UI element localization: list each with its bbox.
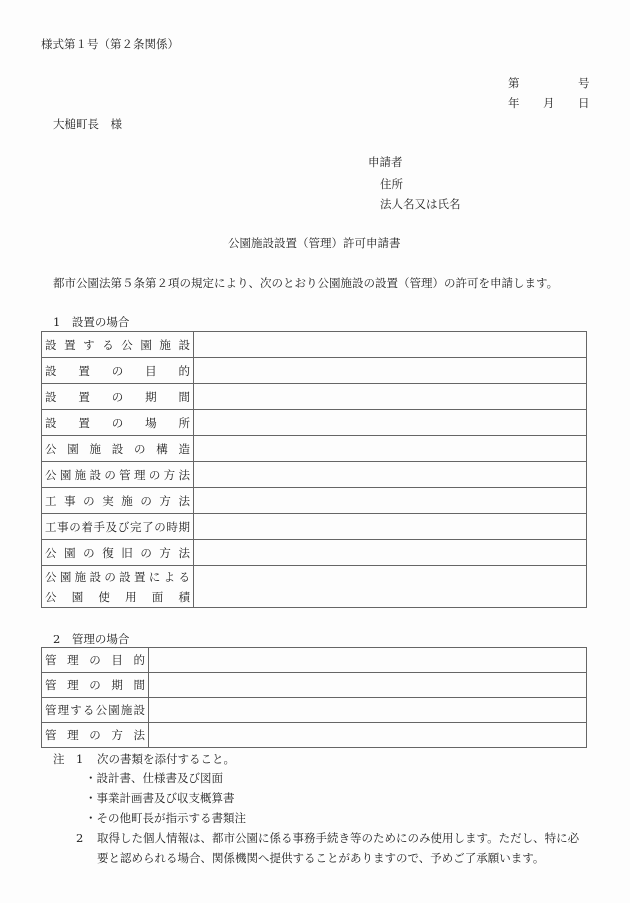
- row-value-field[interactable]: [149, 648, 587, 673]
- row-value-field[interactable]: [194, 358, 587, 384]
- note-bullet: ・事業計画書及び収支概算書: [85, 793, 235, 805]
- row-label: 設置の場所: [42, 410, 194, 436]
- row-value-field[interactable]: [194, 410, 587, 436]
- row-label: 管理の方法: [42, 723, 149, 748]
- row-value-field[interactable]: [194, 488, 587, 514]
- notes-prefix: 注: [53, 754, 65, 766]
- intro-text: 都市公園法第５条第２項の規定により、次のとおり公園施設の設置（管理）の許可を申請…: [53, 278, 558, 290]
- row-value-field[interactable]: [194, 436, 587, 462]
- section1-heading: 1 設置の場合: [53, 317, 129, 329]
- row-label: 管理の目的: [42, 648, 149, 673]
- table-row: 公園の復旧の方法: [42, 540, 587, 566]
- date-year: 年: [508, 98, 520, 110]
- note-bullet: ・設計書、仕様書及び図面: [85, 773, 223, 785]
- table-row: 設置の期間: [42, 384, 587, 410]
- row-label-line2: 公園使用面積: [45, 587, 190, 607]
- doc-number-prefix: 第: [508, 78, 520, 90]
- document-title: 公園施設設置（管理）許可申請書: [228, 238, 401, 250]
- row-value-field[interactable]: [194, 566, 587, 608]
- date-month: 月: [543, 98, 555, 110]
- applicant-address-label: 住所: [380, 179, 403, 191]
- section1-table: 設置する公園施設 設置の目的 設置の期間 設置の場所 公園施設の構造 公園施設の…: [41, 331, 587, 608]
- row-label: 公園の復旧の方法: [42, 540, 194, 566]
- table-row: 公園施設の管理の方法: [42, 462, 587, 488]
- row-value-field[interactable]: [194, 384, 587, 410]
- note2-line1: 取得した個人情報は、都市公園に係る事務手続き等のためにのみ使用します。ただし、特…: [97, 833, 579, 845]
- note1-text: 次の書類を添付すること。: [97, 754, 235, 766]
- row-value-field[interactable]: [194, 462, 587, 488]
- table-row: 管理の期間: [42, 673, 587, 698]
- row-label-line1: 公園施設の設置による: [45, 567, 190, 587]
- row-value-field[interactable]: [149, 673, 587, 698]
- row-value-field[interactable]: [194, 514, 587, 540]
- row-label: 管理の期間: [42, 673, 149, 698]
- section2-heading: 2 管理の場合: [53, 634, 129, 646]
- doc-number-suffix: 号: [578, 78, 590, 90]
- row-value-field[interactable]: [149, 698, 587, 723]
- note2-line2: 要と認められる場合、関係機関へ提供することがありますので、予めご了承願います。: [97, 853, 544, 865]
- applicant-label: 申請者: [368, 157, 403, 169]
- row-value-field[interactable]: [194, 332, 587, 358]
- row-label: 公園施設の管理の方法: [42, 462, 194, 488]
- note2-number: 2: [76, 833, 83, 845]
- table-row: 設置の場所: [42, 410, 587, 436]
- table-row: 管理の方法: [42, 723, 587, 748]
- row-label: 工事の実施の方法: [42, 488, 194, 514]
- row-label: 設置の期間: [42, 384, 194, 410]
- row-label: 設置する公園施設: [42, 332, 194, 358]
- row-label: 公園施設の構造: [42, 436, 194, 462]
- addressee: 大槌町長 様: [53, 119, 122, 131]
- row-label: 設置の目的: [42, 358, 194, 384]
- section2-table: 管理の目的 管理の期間 管理する公園施設 管理の方法: [41, 647, 587, 748]
- note1-number: 1: [76, 754, 83, 766]
- table-row: 公園施設の設置による 公園使用面積: [42, 566, 587, 608]
- applicant-name-label: 法人名又は氏名: [380, 199, 461, 211]
- table-row: 管理の目的: [42, 648, 587, 673]
- table-row: 工事の着手及び完了の時期: [42, 514, 587, 540]
- table-row: 工事の実施の方法: [42, 488, 587, 514]
- row-value-field[interactable]: [194, 540, 587, 566]
- date-day: 日: [578, 98, 590, 110]
- table-row: 公園施設の構造: [42, 436, 587, 462]
- note-bullet: ・その他町長が指示する書類注: [85, 813, 246, 825]
- row-value-field[interactable]: [149, 723, 587, 748]
- form-number: 様式第１号（第２条関係）: [41, 39, 179, 51]
- row-label: 工事の着手及び完了の時期: [42, 514, 194, 540]
- table-row: 設置の目的: [42, 358, 587, 384]
- table-row: 管理する公園施設: [42, 698, 587, 723]
- row-label: 公園施設の設置による 公園使用面積: [42, 566, 194, 608]
- row-label: 管理する公園施設: [42, 698, 149, 723]
- table-row: 設置する公園施設: [42, 332, 587, 358]
